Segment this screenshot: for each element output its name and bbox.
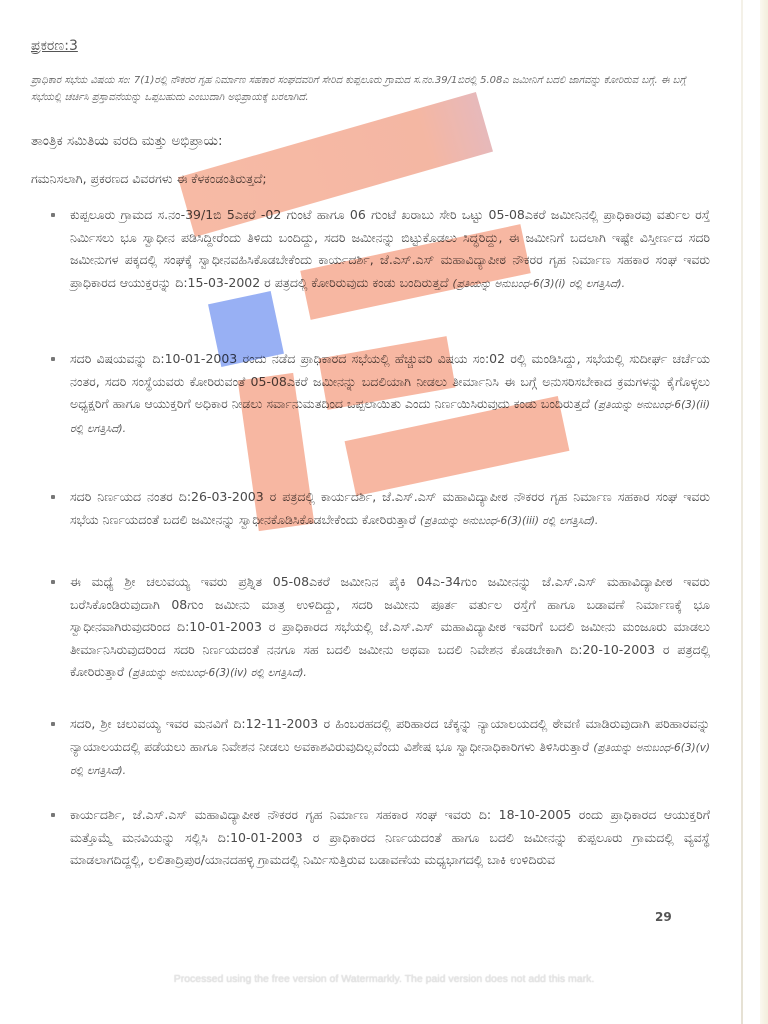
watermark-notice: Processed using the free version of Wate… [0, 973, 768, 985]
bullet-icon [51, 813, 55, 817]
page-number: 29 [655, 910, 672, 924]
list-item-text: ಕಾರ್ಯದರ್ಶಿ, ಜೆ.ಎಸ್.ಎಸ್ ಮಹಾವಿದ್ಯಾಪೀಠ ನೌಕರ… [70, 807, 710, 867]
bullet-icon [51, 357, 55, 361]
list-item: ಈ ಮಧ್ಯೆ ಶ್ರೀ ಚಲುವಯ್ಯ ಇವರು ಪ್ರಶ್ನಿತ 05-08… [70, 571, 710, 685]
list-item-text: ಈ ಮಧ್ಯೆ ಶ್ರೀ ಚಲುವಯ್ಯ ಇವರು ಪ್ರಶ್ನಿತ 05-08… [70, 574, 710, 679]
bullet-icon [51, 213, 55, 217]
list-item: ಸದರಿ ನಿರ್ಣಯದ ನಂತರ ದಿ:26-03-2003 ರ ಪತ್ರದಲ… [70, 486, 710, 532]
watermark-shape-blue [208, 291, 284, 367]
bullet-icon [51, 580, 55, 584]
list-item-text: ಸದರಿ ನಿರ್ಣಯದ ನಂತರ ದಿ:26-03-2003 ರ ಪತ್ರದಲ… [70, 489, 710, 527]
annexure-reference: (ಪ್ರತಿಯನ್ನು ಅನುಬಂಧ-6(3)(iii) ರಲ್ಲಿ ಲಗತ್ತ… [420, 515, 598, 527]
annexure-reference: (ಪ್ರತಿಯನ್ನು ಅನುಬಂಧ-6(3)(iv) ರಲ್ಲಿ ಲಗತ್ತಿ… [128, 667, 307, 679]
bullet-icon [51, 495, 55, 499]
list-item: ಕಾರ್ಯದರ್ಶಿ, ಜೆ.ಎಸ್.ಎಸ್ ಮಹಾವಿದ್ಯಾಪೀಠ ನೌಕರ… [70, 804, 710, 872]
list-item: ಸದರಿ, ಶ್ರೀ ಚಲುವಯ್ಯ ಇವರ ಮನವಿಗೆ ದಿ:12-11-2… [70, 713, 710, 783]
bullet-icon [51, 722, 55, 726]
